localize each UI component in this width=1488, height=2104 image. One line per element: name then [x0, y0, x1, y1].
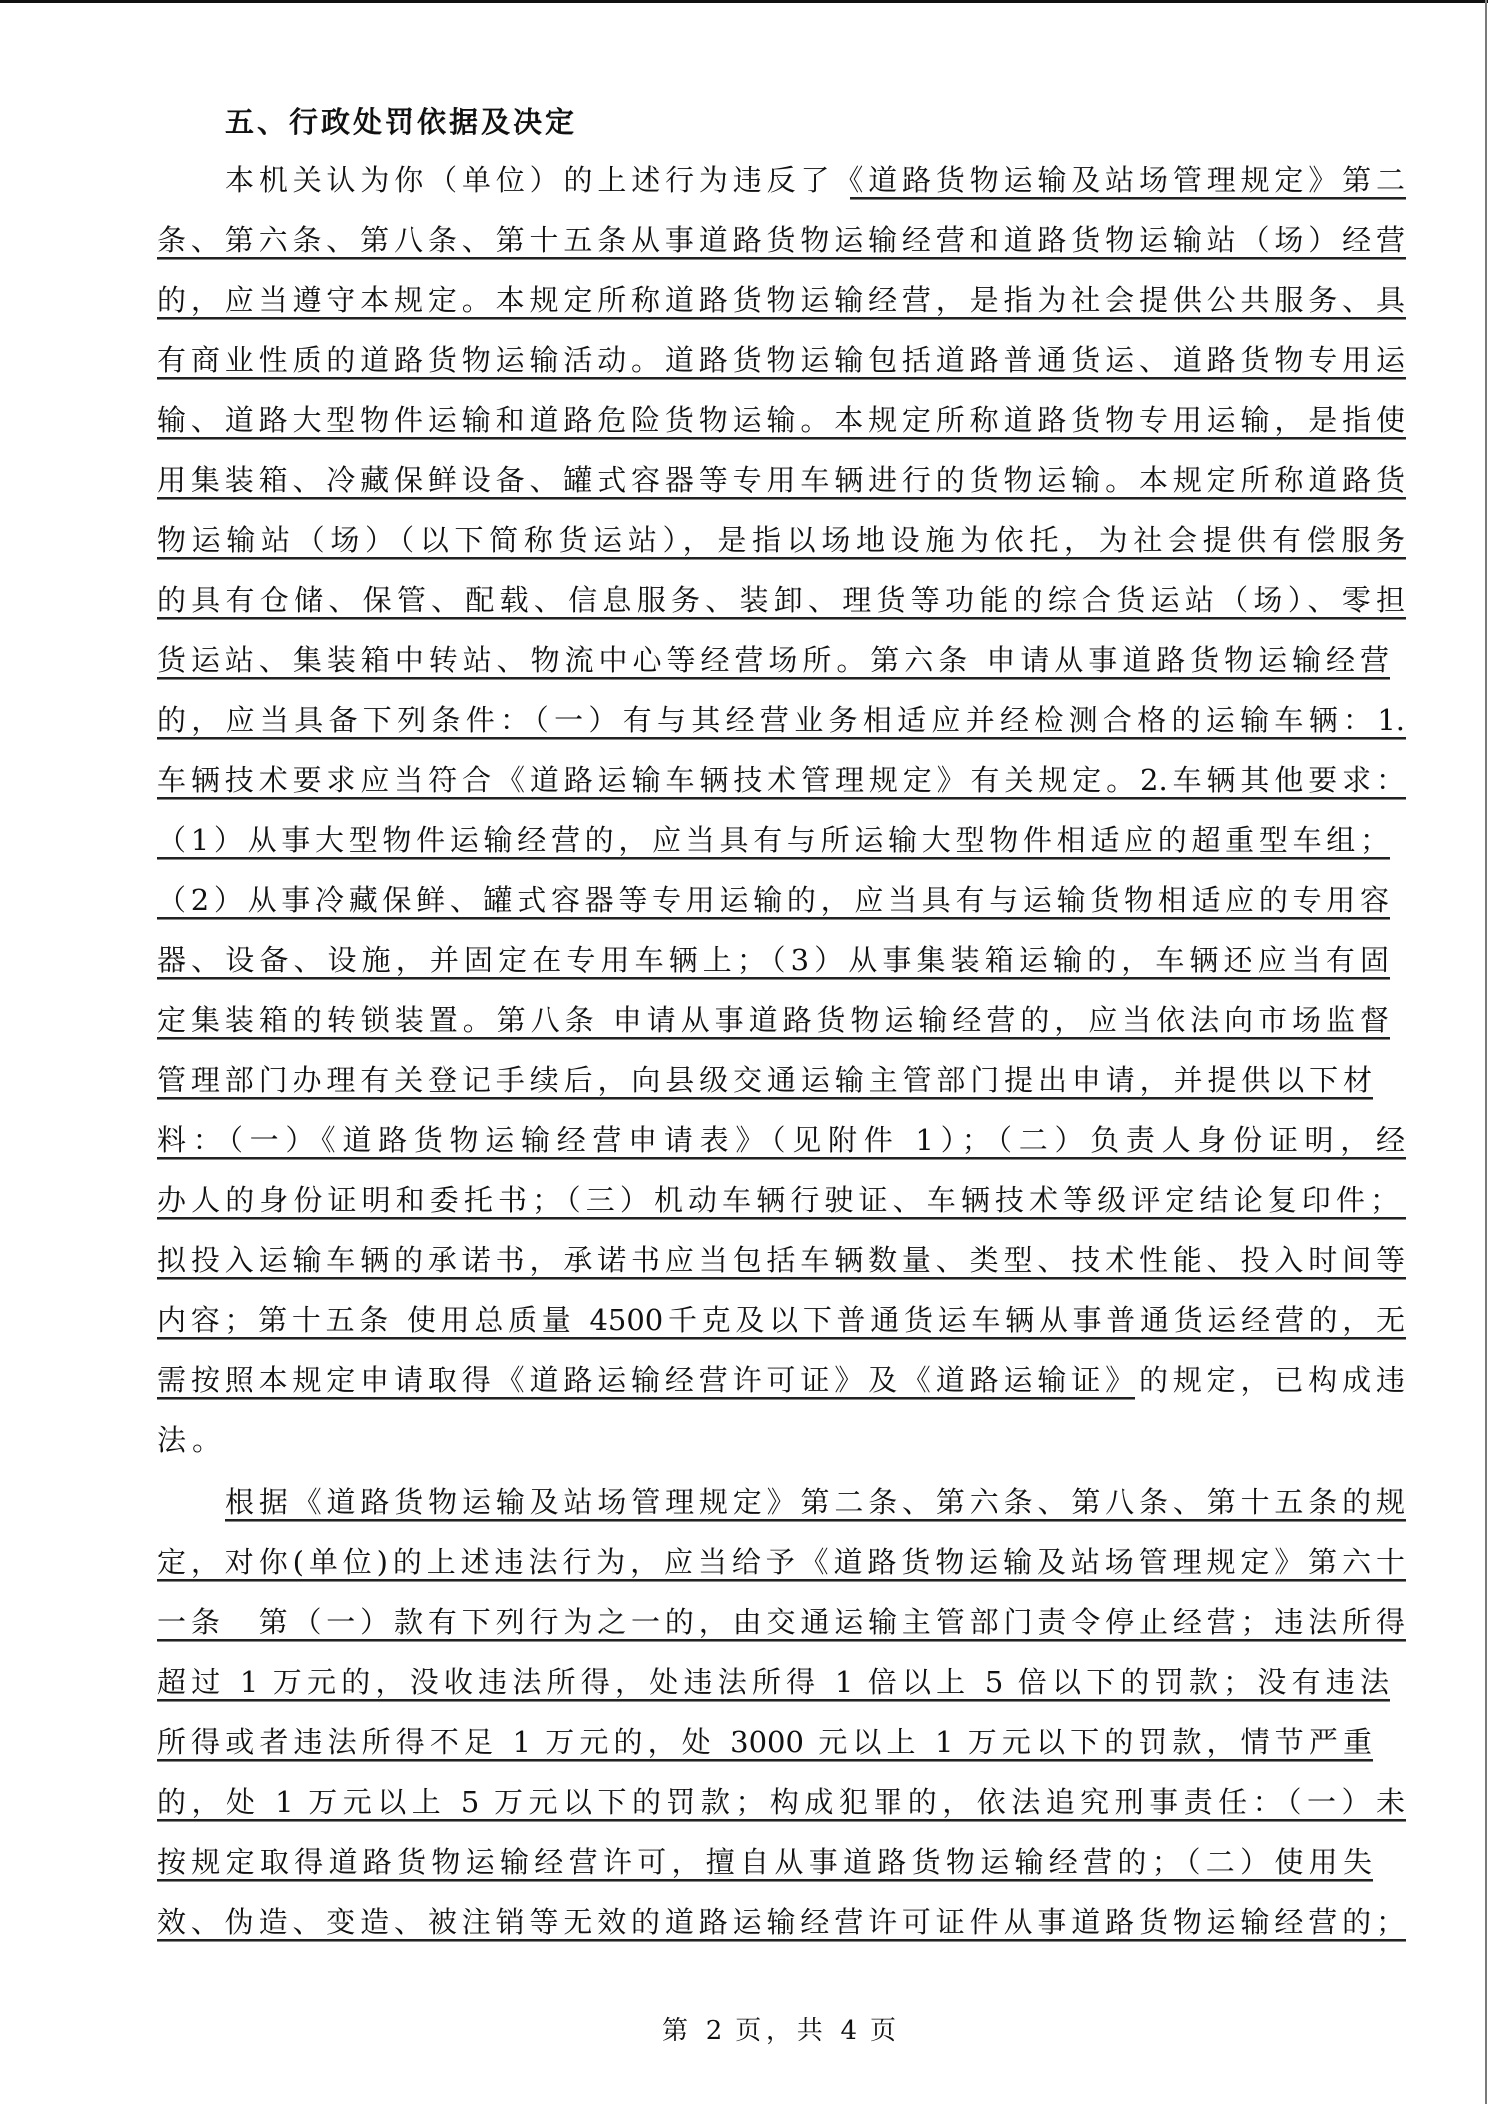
paragraph-line: 货运站、集装箱中转站、物流中心等经营场所。第六条 申请从事道路货物运输经营 [157, 642, 1389, 682]
paragraph-line: 料：（一）《道路货物运输经营申请表》（见附件 1）；（二）负责人身份证明，经 [157, 1122, 1405, 1162]
paragraph-line: 定集装箱的转锁装置。第八条 申请从事道路货物运输经营的，应当依法向市场监督 [157, 1002, 1389, 1042]
underline [157, 557, 1406, 560]
section-heading: 五、行政处罚依据及决定 [225, 104, 577, 140]
underline [157, 1759, 1373, 1762]
underline [157, 1217, 1406, 1220]
underline [157, 797, 1406, 800]
paragraph-line: 按规定取得道路货物运输经营许可，擅自从事道路货物运输经营的；（二）使用失 [157, 1844, 1372, 1884]
page-right-border [1485, 0, 1487, 2104]
underline [157, 377, 1406, 380]
underline [157, 857, 1390, 860]
underline [157, 1337, 1406, 1340]
paragraph-line: 一条 第（一）款有下列行为之一的，由交通运输主管部门责令停止经营；违法所得 [157, 1604, 1405, 1644]
underline [157, 497, 1406, 500]
paragraph-line: 本机关认为你（单位）的上述行为违反了《道路货物运输及站场管理规定》第二 [225, 162, 1405, 202]
paragraph-line: 输、道路大型物件运输和道路危险货物运输。本规定所称道路货物专用运输，是指使 [157, 402, 1405, 442]
underline [157, 317, 1406, 320]
paragraph-line: （2）从事冷藏保鲜、罐式容器等专用运输的，应当具有与运输货物相适应的专用容 [157, 882, 1389, 922]
underline [157, 1397, 1135, 1400]
underline [157, 1277, 1406, 1280]
paragraph-line: 用集装箱、冷藏保鲜设备、罐式容器等专用车辆进行的货物运输。本规定所称道路货 [157, 462, 1405, 502]
underline [225, 1519, 1406, 1522]
underline [157, 1699, 1390, 1702]
paragraph-line: 的具有仓储、保管、配载、信息服务、装卸、理货等功能的综合货运站（场）、零担 [157, 582, 1405, 622]
underline [157, 1819, 1406, 1822]
paragraph-line: 物运输站（场）（以下简称货运站），是指以场地设施为依托，为社会提供有偿服务 [157, 522, 1405, 562]
paragraph-line: 条、第六条、第八条、第十五条从事道路货物运输经营和道路货物运输站（场）经营 [157, 222, 1405, 262]
paragraph-line: 车辆技术要求应当符合《道路运输车辆技术管理规定》有关规定。2.车辆其他要求： [157, 762, 1405, 802]
paragraph-line: 的，应当具备下列条件：（一）有与其经营业务相适应并经检测合格的运输车辆：1. [157, 702, 1405, 742]
underline [157, 977, 1390, 980]
paragraph-line: 的，处 1 万元以上 5 万元以下的罚款；构成犯罪的，依法追究刑事责任：（一）未 [157, 1784, 1405, 1824]
paragraph-line: 根据《道路货物运输及站场管理规定》第二条、第六条、第八条、第十五条的规 [225, 1484, 1405, 1524]
page-indicator: 第 2 页，共 4 页 [662, 2014, 896, 2048]
underline [157, 257, 1406, 260]
paragraph-line: 超过 1 万元的，没收违法所得，处违法所得 1 倍以上 5 倍以下的罚款；没有违… [157, 1664, 1389, 1704]
page-top-border [0, 0, 1488, 3]
paragraph-line: 需按照本规定申请取得《道路运输经营许可证》及《道路运输证》的规定，已构成违 [157, 1362, 1405, 1402]
underline [157, 437, 1406, 440]
paragraph-line: 法。 [157, 1422, 357, 1462]
underline [157, 1097, 1373, 1100]
paragraph-line: 有商业性质的道路货物运输活动。道路货物运输包括道路普通货运、道路货物专用运 [157, 342, 1405, 382]
paragraph-line: 办人的身份证明和委托书；（三）机动车辆行驶证、车辆技术等级评定结论复印件； [157, 1182, 1399, 1222]
underline [157, 737, 1406, 740]
underline [157, 1879, 1373, 1882]
paragraph-line: 定，对你(单位)的上述违法行为，应当给予《道路货物运输及站场管理规定》第六十 [157, 1544, 1405, 1584]
underline [157, 1157, 1406, 1160]
paragraph-line: 的，应当遵守本规定。本规定所称道路货物运输经营，是指为社会提供公共服务、具 [157, 282, 1405, 322]
paragraph-line: 内容；第十五条 使用总质量 4500千克及以下普通货运车辆从事普通货运经营的，无 [157, 1302, 1405, 1342]
paragraph-line: 管理部门办理有关登记手续后，向县级交通运输主管部门提出申请，并提供以下材 [157, 1062, 1372, 1102]
paragraph-line: 效、伪造、变造、被注销等无效的道路运输经营许可证件从事道路货物运输经营的； [157, 1904, 1405, 1944]
underline [157, 677, 1390, 680]
underline [157, 917, 1390, 920]
underline [157, 1037, 1390, 1040]
paragraph-line: 拟投入运输车辆的承诺书，承诺书应当包括车辆数量、类型、技术性能、投入时间等 [157, 1242, 1405, 1282]
underline [157, 617, 1406, 620]
underline [157, 1939, 1406, 1942]
underline [157, 1639, 1406, 1642]
paragraph-line: （1）从事大型物件运输经营的，应当具有与所运输大型物件相适应的超重型车组； [157, 822, 1389, 862]
paragraph-line: 器、设备、设施，并固定在专用车辆上；（3）从事集装箱运输的，车辆还应当有固 [157, 942, 1389, 982]
paragraph-line: 所得或者违法所得不足 1 万元的，处 3000 元以上 1 万元以下的罚款，情节… [157, 1724, 1372, 1764]
underline [850, 197, 1406, 200]
underline [157, 1579, 1406, 1582]
